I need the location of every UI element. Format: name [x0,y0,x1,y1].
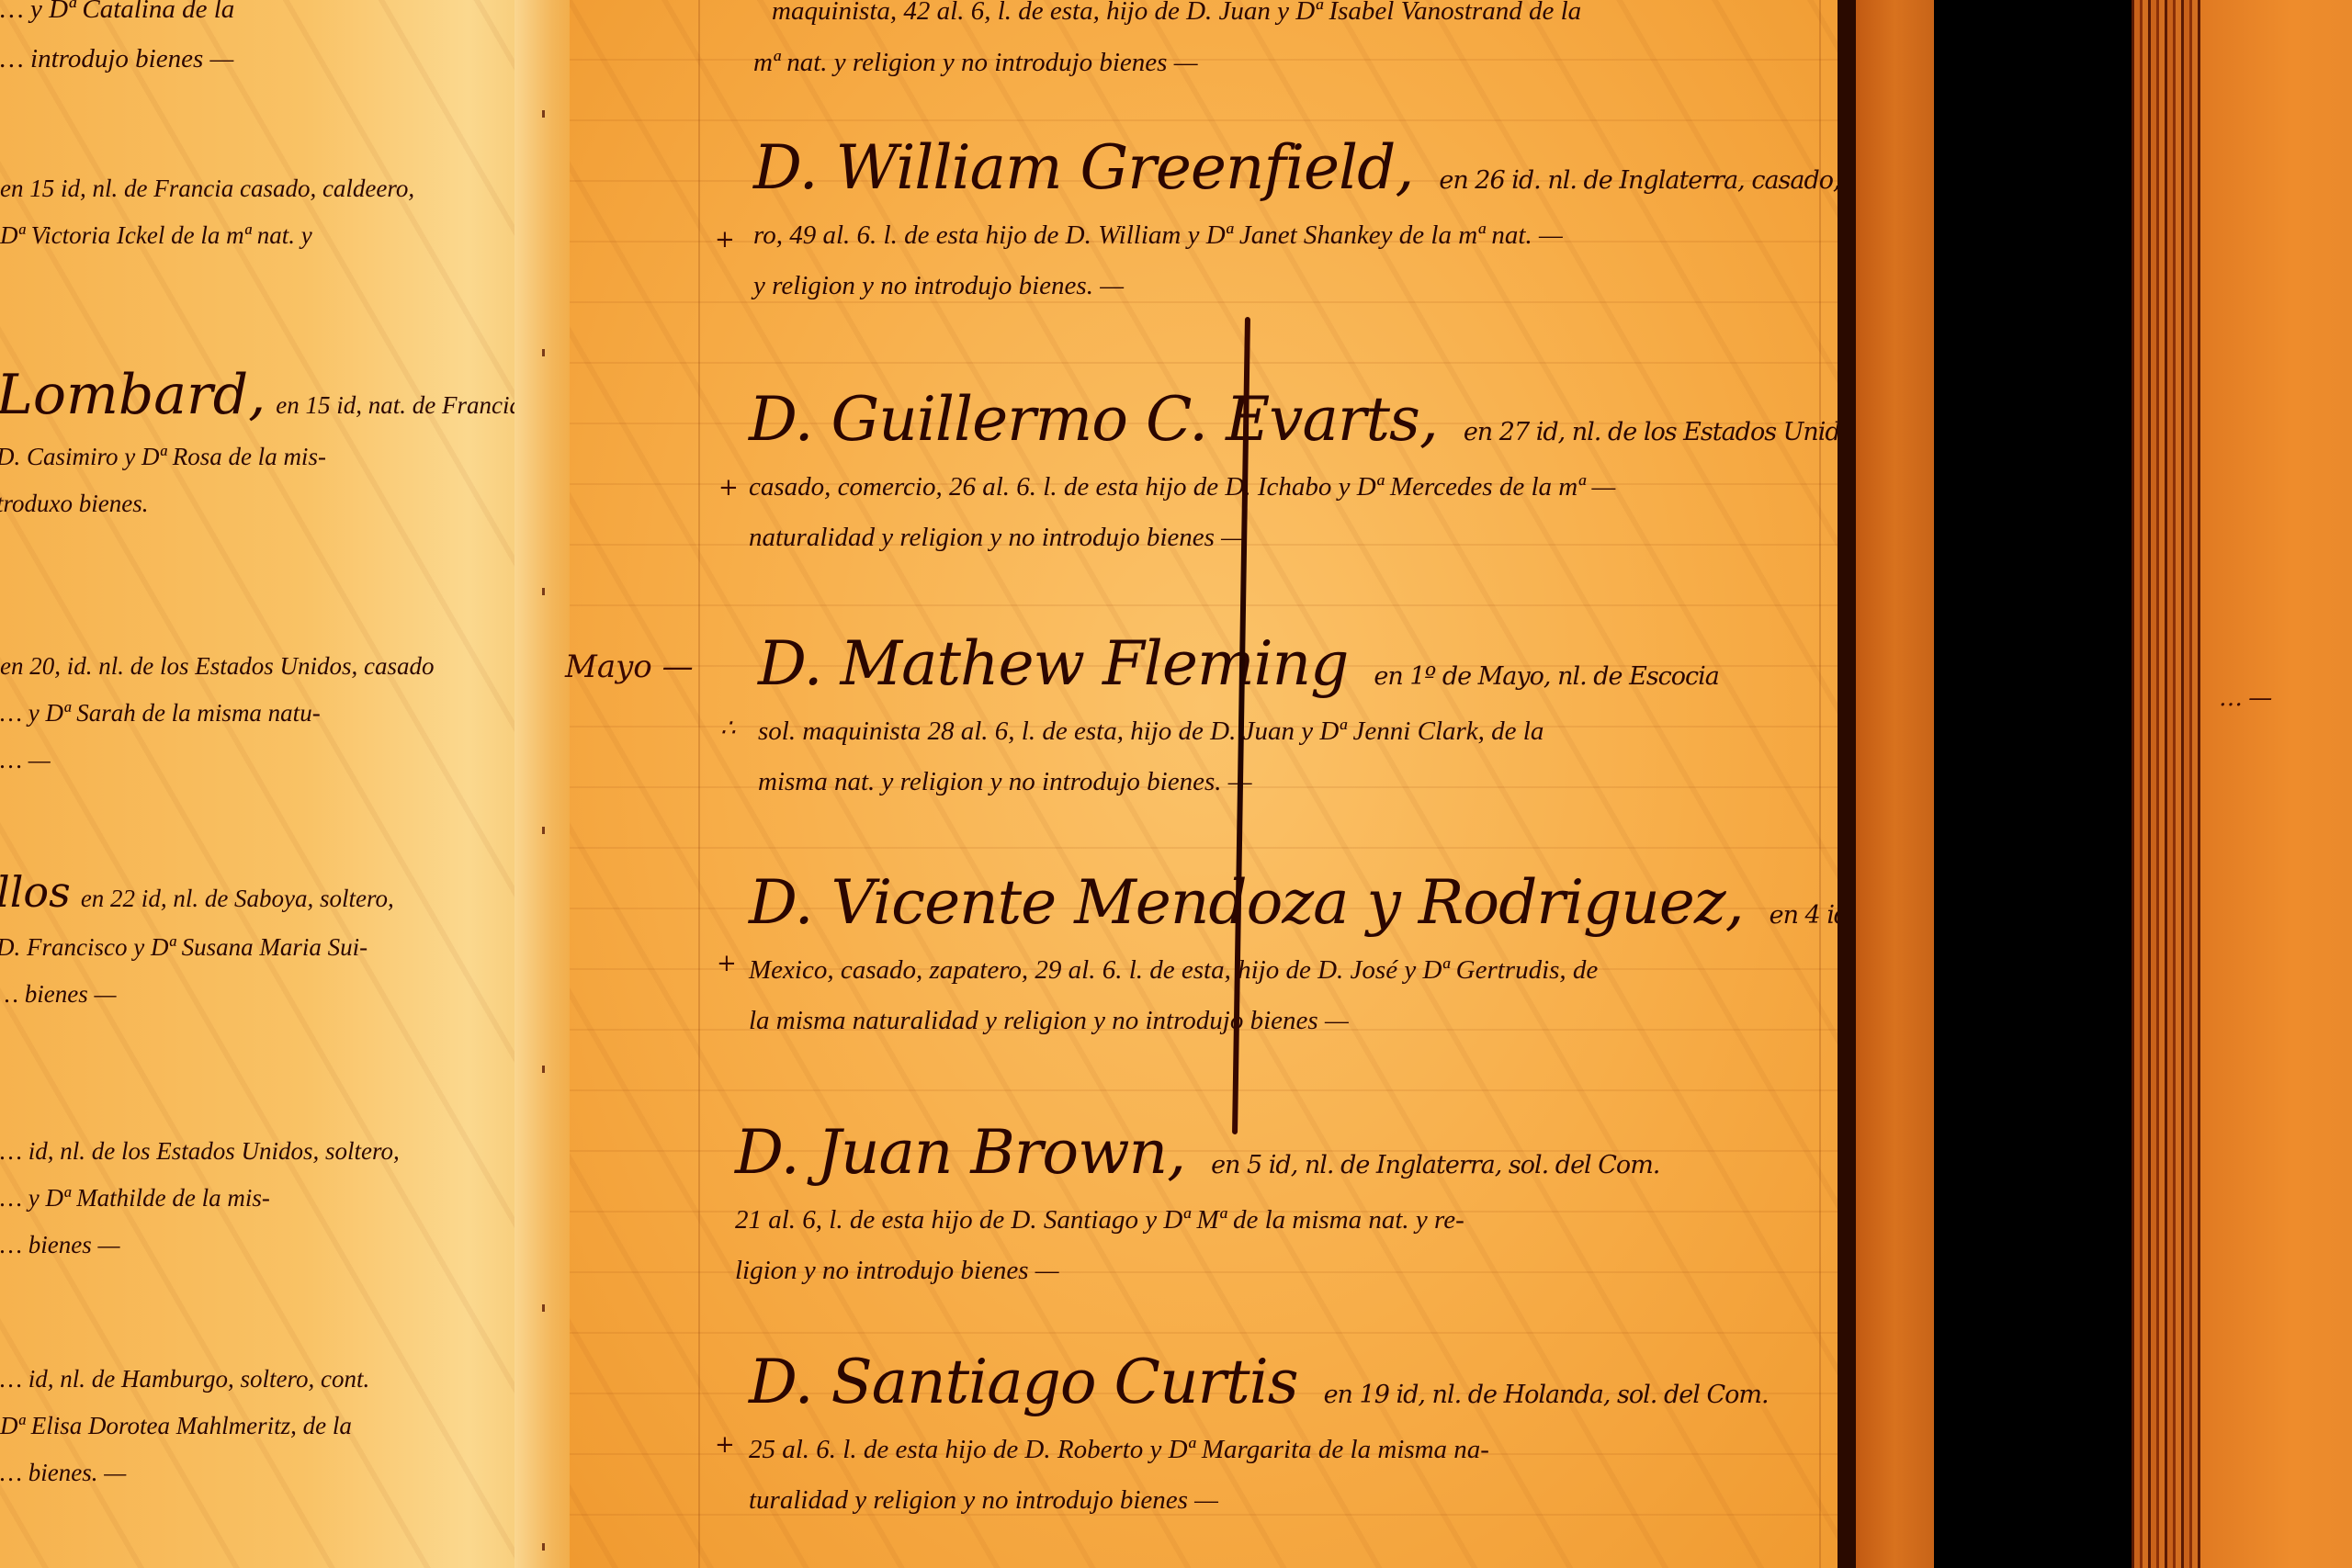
entry-line: en 15 id, nl. de Francia casado, caldeer… [0,176,414,201]
left-entry-1: en 15 id, nl. de Francia casado, caldeer… [0,176,414,248]
entry-line: la misma naturalidad y religion y no int… [749,1008,1837,1034]
entry-name: D. Santiago Curtis [749,1347,1298,1417]
left-entry-5: … id, nl. de los Estados Unidos, soltero… [0,1139,400,1258]
entry-line: turalidad y religion y no introdujo bien… [749,1487,1769,1514]
entry-line: … y Dª Sarah de la misma natu- [0,701,435,726]
register-entry: D. Vicente Mendoza y Rodriguez, en 4 id,… [749,873,1837,1034]
entry-name: llos [0,867,71,917]
entry-line: y religion y no introdujo bienes. — [753,273,1837,299]
register-entry: D. Santiago Curtis en 19 id, nl. de Hola… [749,1352,1769,1514]
entry-marker: + [717,950,737,977]
entry-name: D. Juan Brown, [735,1117,1185,1188]
register-photo: … y Dª Catalina de la … introdujo bienes… [0,0,2352,1568]
entry-line: en 20, id. nl. de los Estados Unidos, ca… [0,654,435,679]
entry-detail-inline: en 26 id. nl. de Inglaterra, casado, ing… [1439,166,1837,195]
entry-line: D. Francisco y Dª Susana Maria Sui- [0,935,394,960]
entry-line: troduxo bienes. [0,491,528,516]
entry-line: naturalidad y religion y no introdujo bi… [749,525,1837,551]
left-entry-4: llos en 22 id, nl. de Saboya, soltero, D… [0,871,394,1007]
right-top-continuation-2: mª nat. y religion y no introdujo bienes… [753,48,1198,78]
left-entry-3: en 20, id. nl. de los Estados Unidos, ca… [0,654,435,773]
entry-name: Lombard, [0,363,266,427]
register-entry: D. Guillermo C. Evarts, en 27 id, nl. de… [749,389,1837,551]
entry-line: ro, 49 al. 6. l. de esta hijo de D. Will… [753,222,1837,249]
entry-marker: + [715,1431,735,1459]
binding-stitch [542,0,545,1568]
left-entry-2: Lombard, en 15 id, nat. de Francia, D. C… [0,367,528,516]
entry-detail-inline: en 19 id, nl. de Holanda, sol. del Com. [1324,1381,1769,1409]
entry-line: … bienes — [0,1233,400,1258]
entry-name: D. Vicente Mendoza y Rodriguez, [749,867,1744,938]
entry-name: D. William Greenfield, [753,132,1413,203]
entry-line: … bienes — [0,982,394,1007]
next-page-fragment: … — [2219,684,2271,712]
entry-detail-inline: en 27 id, nl. de los Estados Unidos [1464,418,1837,446]
entry-detail-inline: en 4 id, nl. de [1770,901,1837,930]
page-stack-edges [2131,0,2200,1568]
entry-line: Dª Victoria Ickel de la mª nat. y [0,223,414,248]
entry-name: D. Mathew Fleming [758,628,1348,699]
left-page: … y Dª Catalina de la … introdujo bienes… [0,0,551,1568]
entry-marker: + [718,474,739,502]
left-top-continuation-2: … introdujo bienes — [0,44,233,74]
entry-line: ligion y no introdujo bienes — [735,1258,1659,1284]
entry-line: … id, nl. de Hamburgo, soltero, cont. [0,1367,369,1392]
entry-line: … — [0,748,435,773]
entry-detail-inline: en 5 id, nl. de Inglaterra, sol. del Com… [1211,1151,1659,1179]
left-entry-6: … id, nl. de Hamburgo, soltero, cont. Dª… [0,1367,369,1485]
next-page: … — [2200,0,2352,1568]
entry-name: D. Guillermo C. Evarts, [749,384,1438,455]
margin-note-mayo: Mayo — [565,649,694,685]
entry-line: 21 al. 6, l. de esta hijo de D. Santiago… [735,1207,1659,1234]
margin-rule [698,0,700,1568]
entry-line: en 22 id, nl. de Saboya, soltero, [81,885,394,912]
entry-marker: + [715,226,735,254]
left-top-continuation-1: … y Dª Catalina de la [0,0,234,25]
entry-name-row: D. Guillermo C. Evarts, en 27 id, nl. de… [749,389,1837,450]
entry-detail-inline: en 1º de Mayo, nl. de Escocia [1374,662,1719,691]
page-fold [1856,0,1934,1568]
entry-line: Dª Elisa Dorotea Mahlmeritz, de la [0,1414,369,1438]
entry-line: … bienes. — [0,1461,369,1485]
entry-line: … id, nl. de los Estados Unidos, soltero… [0,1139,400,1164]
entry-name-row: D. Santiago Curtis en 19 id, nl. de Hola… [749,1352,1769,1413]
entry-line: D. Casimiro y Dª Rosa de la mis- [0,445,528,469]
register-entry: D. Juan Brown, en 5 id, nl. de Inglaterr… [735,1122,1659,1284]
entry-line: … y Dª Mathilde de la mis- [0,1186,400,1211]
right-page: maquinista, 42 al. 6, l. de esta, hijo d… [570,0,1837,1568]
book-spine [1934,0,2131,1568]
page-edge-shadow [1837,0,1856,1568]
entry-line: casado, comercio, 26 al. 6. l. de esta h… [749,474,1837,501]
entry-marker: ∴ [720,715,736,742]
right-top-continuation-1: maquinista, 42 al. 6, l. de esta, hijo d… [772,0,1581,27]
entry-name-row: D. William Greenfield, en 26 id. nl. de … [753,138,1837,198]
entry-line: Mexico, casado, zapatero, 29 al. 6. l. d… [749,957,1837,984]
entry-line: en 15 id, nat. de Francia, [276,391,527,419]
entry-line: 25 al. 6. l. de esta hijo de D. Roberto … [749,1437,1769,1463]
register-entry: D. William Greenfield, en 26 id. nl. de … [753,138,1837,299]
entry-name-row: D. Vicente Mendoza y Rodriguez, en 4 id,… [749,873,1837,933]
entry-name-row: D. Juan Brown, en 5 id, nl. de Inglaterr… [735,1122,1659,1183]
